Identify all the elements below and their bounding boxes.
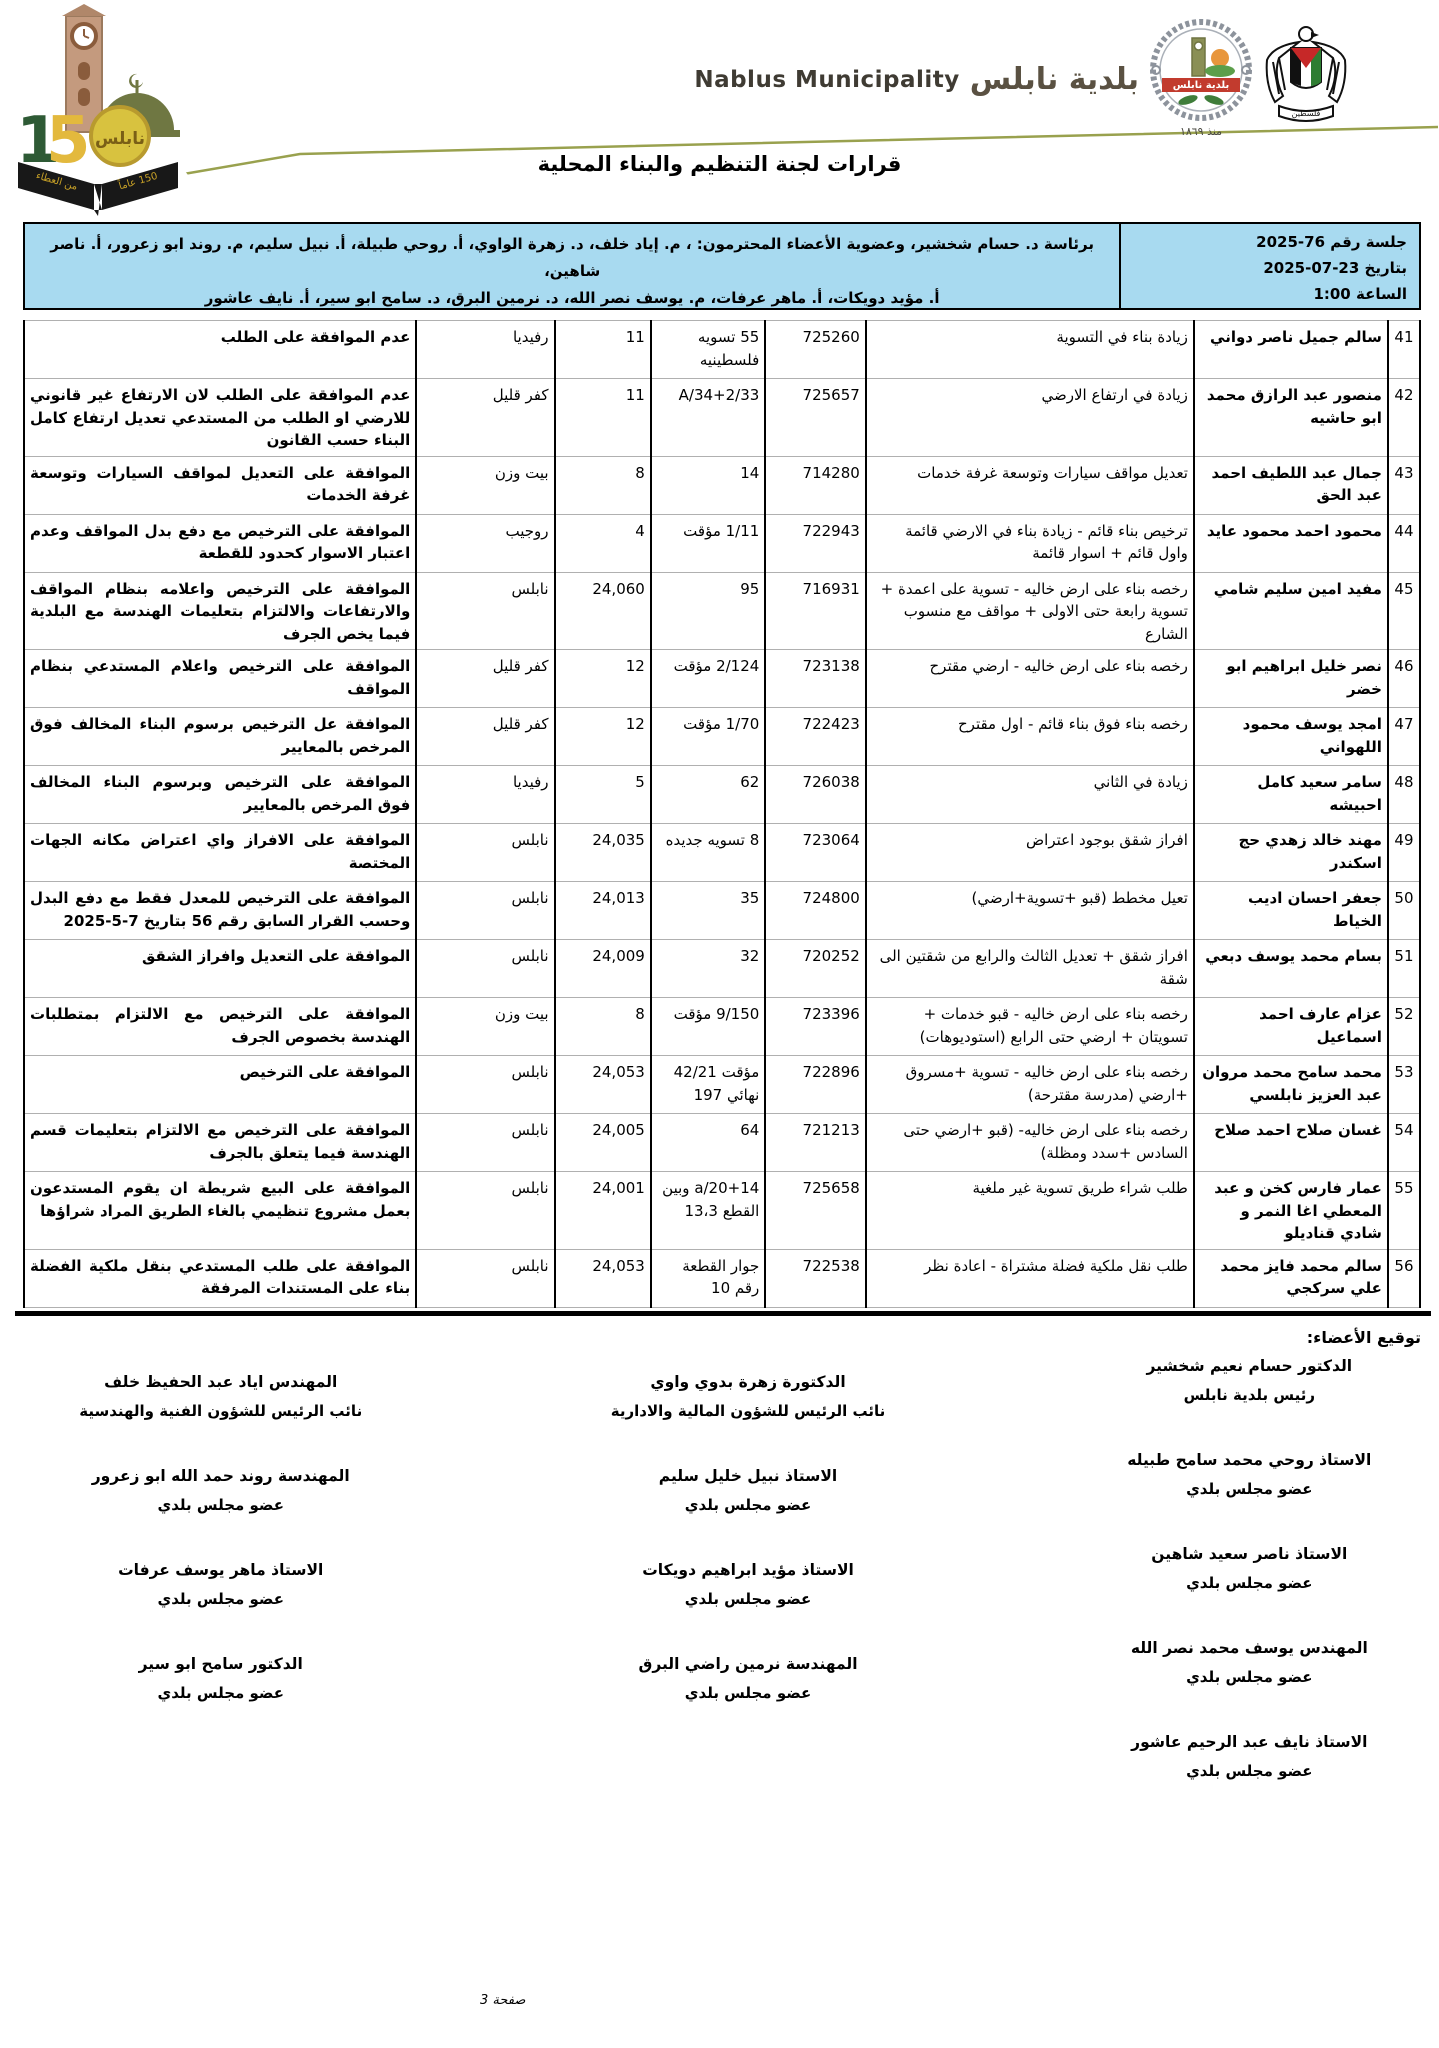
cell-applicant: سالم محمد فايز محمد علي سركجي [1194,1249,1388,1307]
cell-row-number: 49 [1388,824,1420,882]
cell-applicant: سامر سعيد كامل احبيشه [1194,766,1388,824]
cell-subject: طلب شراء طريق تسوية غير ملغية [866,1172,1194,1250]
cell-applicant: بسام محمد يوسف دبعي [1194,940,1388,998]
cell-decision: الموافقة على التعديل وافراز الشقق [24,940,416,998]
cell-block: 24,060 [555,572,651,650]
signature-cell: المهندسة نرمين راضي البرق عضو مجلس بلدي [442,1641,1001,1702]
table-row: 45 مفيد امين سليم شامي رخصه بناء على ارض… [24,572,1420,650]
cell-file-number: 723064 [765,824,866,882]
cell-subject: زيادة في الثاني [866,766,1194,824]
cell-plot: 64 [651,1114,765,1172]
page-number: صفحة 3 [480,1993,525,2008]
signature-cell: الاستاذ ماهر يوسف عرفات عضو مجلس بلدي [23,1547,442,1608]
cell-decision: الموافقة على الترخيص مع الالتزام بتعليما… [24,1114,416,1172]
cell-block: 12 [555,650,651,708]
signatory-title: عضو مجلس بلدي [1078,1668,1421,1686]
cell-subject: زيادة بناء في التسوية [866,321,1194,379]
signatory-name: الاستاذ روحي محمد سامح طبيله [1078,1451,1421,1469]
signatory-name: المهندس يوسف محمد نصر الله [1078,1639,1421,1657]
cell-area: رفيديا [416,321,554,379]
cell-decision: الموافقة على الترخيص للمعدل فقط مع دفع ا… [24,882,416,940]
cell-decision: الموافقة على الترخيص مع الالتزام بمتطلبا… [24,998,416,1056]
cell-area: نابلس [416,882,554,940]
cell-plot: 1/70 مؤقت [651,708,765,766]
cell-block: 24,053 [555,1249,651,1307]
signatory-name: المهندس اياد عبد الحفيظ خلف [23,1373,418,1391]
cell-subject: تعيل مخطط (قبو +تسوية+ارضي) [866,882,1194,940]
cell-row-number: 47 [1388,708,1420,766]
signatory-title: عضو مجلس بلدي [1078,1574,1421,1592]
cell-row-number: 55 [1388,1172,1420,1250]
table-row: 44 محمود احمد محمود عايد ترخيص بناء قائم… [24,514,1420,572]
cell-block: 8 [555,456,651,514]
cell-decision: الموافقة على طلب المستدعي بنقل ملكية الف… [24,1249,416,1307]
cell-file-number: 722943 [765,514,866,572]
signatory-name: الاستاذ ماهر يوسف عرفات [23,1561,418,1579]
cell-decision: الموافقة على الافراز واي اعتراض مكانه ال… [24,824,416,882]
signatory-title: عضو مجلس بلدي [23,1590,418,1608]
cell-plot: 9/150 مؤقت [651,998,765,1056]
cell-block: 8 [555,998,651,1056]
cell-area: نابلس [416,1172,554,1250]
table-row: 51 بسام محمد يوسف دبعي افراز شقق + تعديل… [24,940,1420,998]
cell-area: كفر قليل [416,379,554,457]
cell-file-number: 723396 [765,998,866,1056]
cell-plot: 8 تسويه جديده [651,824,765,882]
cell-row-number: 51 [1388,940,1420,998]
cell-file-number: 725260 [765,321,866,379]
cell-row-number: 44 [1388,514,1420,572]
cell-plot: مؤقت 42/21 نهائي 197 [651,1056,765,1114]
palestinian-flag-shield-icon [1291,48,1321,88]
nablus-150-years-logo-icon: 1 5 نابلس 150 عاماً من العطاء [8,4,188,219]
municipality-brand: بلدية نابلس Nablus Municipality [694,62,1139,97]
crest-caption: منذ ١٨٦٩ [1180,125,1222,138]
cell-block: 24,035 [555,824,651,882]
signature-cell: الدكتور سامح ابو سير عضو مجلس بلدي [23,1641,442,1702]
document-page: 1 5 نابلس 150 عاماً من العطاء بلدية نابل… [0,0,1439,2048]
table-row: 47 امجد يوسف محمود اللهواني رخصه بناء فو… [24,708,1420,766]
signatory-name: الاستاذ نايف عبد الرحيم عاشور [1078,1733,1421,1751]
cell-file-number: 722423 [765,708,866,766]
cell-decision: الموافقة على التعديل لمواقف السيارات وتو… [24,456,416,514]
cell-file-number: 722896 [765,1056,866,1114]
attendees-line-1: برئاسة د. حسام شخشير، وعضوية الأعضاء الم… [39,231,1105,285]
cell-plot: 35 [651,882,765,940]
signatory-title: عضو مجلس بلدي [494,1496,1001,1514]
cell-plot: 95 [651,572,765,650]
cell-plot: 62 [651,766,765,824]
cell-applicant: جعفر احسان اديب الخياط [1194,882,1388,940]
cell-subject: رخصه بناء على ارض خاليه - تسوية +مسروق +… [866,1056,1194,1114]
signatory-name: الدكتور سامح ابو سير [23,1655,418,1673]
session-info-bar: جلسة رقم 76-2025 بتاريخ 23-07-2025 الساع… [23,222,1421,310]
cell-row-number: 46 [1388,650,1420,708]
signature-cell: الدكتورة زهرة بدوي واوي نائب الرئيس للشؤ… [442,1359,1001,1420]
cell-file-number: 725658 [765,1172,866,1250]
cell-row-number: 48 [1388,766,1420,824]
signatory-name: الاستاذ ناصر سعيد شاهين [1078,1545,1421,1563]
table-row: 54 غسان صلاح احمد صلاح رخصه بناء على ارض… [24,1114,1420,1172]
signature-cell: المهندس اياد عبد الحفيظ خلف نائب الرئيس … [23,1359,442,1420]
cell-area: كفر قليل [416,708,554,766]
cell-file-number: 724800 [765,882,866,940]
cell-row-number: 43 [1388,456,1420,514]
signature-cell: الاستاذ نبيل خليل سليم عضو مجلس بلدي [442,1453,1001,1514]
main-content: 41 سالم جميل ناصر دواني زيادة بناء في ال… [23,320,1421,1829]
signature-row: الاستاذ نايف عبد الرحيم عاشور عضو مجلس ب… [23,1735,1421,1829]
signatory-name: الدكتورة زهرة بدوي واوي [494,1373,1001,1391]
signatory-title: عضو مجلس بلدي [494,1684,1001,1702]
page-header: 1 5 نابلس 150 عاماً من العطاء بلدية نابل… [0,0,1439,230]
municipality-name-english: Nablus Municipality [694,67,959,93]
document-title: قرارات لجنة التنظيم والبناء المحلية [0,152,1439,176]
cell-subject: رخصه بناء على ارض خاليه - ارضي مقترح [866,650,1194,708]
session-meta: جلسة رقم 76-2025 بتاريخ 23-07-2025 الساع… [1119,224,1419,308]
cell-applicant: محمد سامح محمد مروان عبد العزيز نابلسي [1194,1056,1388,1114]
signatory-title: رئيس بلدية نابلس [1078,1386,1421,1404]
signatory-title: عضو مجلس بلدي [494,1590,1001,1608]
cell-file-number: 726038 [765,766,866,824]
cell-applicant: امجد يوسف محمود اللهواني [1194,708,1388,766]
cell-file-number: 723138 [765,650,866,708]
attendees-line-2: أ. مؤيد دويكات، أ. ماهر عرفات، م. يوسف ن… [39,285,1105,312]
palestine-eagle-emblem-icon: فلسطين [1259,24,1353,124]
crest-banner-text: بلدية نابلس [1173,80,1229,91]
cell-plot: a/20+14 وبين القطع 13،3 [651,1172,765,1250]
cell-subject: رخصه بناء على ارض خاليه - قبو خدمات + تس… [866,998,1194,1056]
signatory-title: عضو مجلس بلدي [23,1496,418,1514]
cell-row-number: 52 [1388,998,1420,1056]
table-row: 50 جعفر احسان اديب الخياط تعيل مخطط (قبو… [24,882,1420,940]
municipality-name-arabic: بلدية نابلس [970,62,1139,97]
logo-city-label: نابلس [95,129,145,149]
signatory-title: نائب الرئيس للشؤون الفنية والهندسية [23,1402,418,1420]
cell-subject: ترخيص بناء قائم - زيادة بناء في الارضي ق… [866,514,1194,572]
cell-subject: طلب نقل ملكية فضلة مشتراة - اعادة نظر [866,1249,1194,1307]
session-number: جلسة رقم 76-2025 [1133,229,1407,255]
cell-block: 12 [555,708,651,766]
signatory-name: الاستاذ نبيل خليل سليم [494,1467,1001,1485]
cell-applicant: غسان صلاح احمد صلاح [1194,1114,1388,1172]
table-row: 43 جمال عبد اللطيف احمد عبد الحق تعديل م… [24,456,1420,514]
cell-plot: جوار القطعة رقم 10 [651,1249,765,1307]
cell-applicant: مفيد امين سليم شامي [1194,572,1388,650]
signatory-title: نائب الرئيس للشؤون المالية والادارية [494,1402,1001,1420]
cell-row-number: 56 [1388,1249,1420,1307]
cell-block: 24,009 [555,940,651,998]
table-row: 48 سامر سعيد كامل احبيشه زيادة في الثاني… [24,766,1420,824]
cell-decision: عدم الموافقة على الطلب لان الارتفاع غير … [24,379,416,457]
table-row: 55 عمار فارس كخن و عبد المعطي اغا النمر … [24,1172,1420,1250]
cell-subject: تعديل مواقف سيارات وتوسعة غرفة خدمات [866,456,1194,514]
cell-area: روجيب [416,514,554,572]
table-row: 42 منصور عبد الرازق محمد ابو حاشيه زيادة… [24,379,1420,457]
cell-applicant: نصر خليل ابراهيم ابو خضر [1194,650,1388,708]
session-date: بتاريخ 23-07-2025 [1133,255,1407,281]
cell-area: نابلس [416,940,554,998]
cell-applicant: محمود احمد محمود عايد [1194,514,1388,572]
cell-subject: رخصه بناء على ارض خاليه - تسوية على اعمد… [866,572,1194,650]
cell-area: نابلس [416,1114,554,1172]
cell-block: 11 [555,321,651,379]
cell-decision: عدم الموافقة على الطلب [24,321,416,379]
cell-file-number: 725657 [765,379,866,457]
cell-plot: 55 تسويه فلسطينيه [651,321,765,379]
cell-plot: 14 [651,456,765,514]
cell-decision: الموافقة على الترخيص [24,1056,416,1114]
cell-subject: افراز شقق + تعديل الثالث والرابع من شقتي… [866,940,1194,998]
table-row: 52 عزام عارف احمد اسماعيل رخصه بناء على … [24,998,1420,1056]
cell-row-number: 42 [1388,379,1420,457]
table-row: 53 محمد سامح محمد مروان عبد العزيز نابلس… [24,1056,1420,1114]
cell-area: نابلس [416,1249,554,1307]
cell-subject: زيادة في ارتفاع الارضي [866,379,1194,457]
signature-cell: الاستاذ مؤيد ابراهيم دويكات عضو مجلس بلد… [442,1547,1001,1608]
decisions-table: 41 سالم جميل ناصر دواني زيادة بناء في ال… [23,320,1421,1308]
cell-decision: الموافقة على الترخيص واعلامه بنظام الموا… [24,572,416,650]
cell-row-number: 41 [1388,321,1420,379]
cell-block: 11 [555,379,651,457]
signature-cell: المهندس يوسف محمد نصر الله عضو مجلس بلدي [1002,1625,1421,1686]
signature-cell: المهندسة روند حمد الله ابو زعرور عضو مجل… [23,1453,442,1514]
cell-file-number: 721213 [765,1114,866,1172]
cell-block: 24,001 [555,1172,651,1250]
cell-file-number: 716931 [765,572,866,650]
signature-grid: الدكتور حسام نعيم شخشير رئيس بلدية نابلس… [23,1359,1421,1829]
signature-cell: الاستاذ نايف عبد الرحيم عاشور عضو مجلس ب… [1002,1719,1421,1780]
cell-area: بيت وزن [416,998,554,1056]
signatory-title: عضو مجلس بلدي [1078,1480,1421,1498]
cell-subject: رخصه بناء فوق بناء قائم - اول مقترح [866,708,1194,766]
decisions-table-body: 41 سالم جميل ناصر دواني زيادة بناء في ال… [24,321,1420,1308]
signatory-name: المهندسة نرمين راضي البرق [494,1655,1001,1673]
cell-plot: 32 [651,940,765,998]
cell-applicant: منصور عبد الرازق محمد ابو حاشيه [1194,379,1388,457]
table-row: 46 نصر خليل ابراهيم ابو خضر رخصه بناء عل… [24,650,1420,708]
cell-decision: الموافقة على البيع شريطة ان يقوم المستدع… [24,1172,416,1250]
cell-area: نابلس [416,824,554,882]
cell-subject: افراز شقق بوجود اعتراض [866,824,1194,882]
signature-cell: الدكتور حسام نعيم شخشير رئيس بلدية نابلس [1002,1343,1421,1404]
cell-area: نابلس [416,572,554,650]
cell-decision: الموافقة عل الترخيص برسوم البناء المخالف… [24,708,416,766]
cell-applicant: مهند خالد زهدي حج اسكندر [1194,824,1388,882]
table-row: 41 سالم جميل ناصر دواني زيادة بناء في ال… [24,321,1420,379]
cell-file-number: 720252 [765,940,866,998]
cell-decision: الموافقة على الترخيص واعلام المستدعي بنظ… [24,650,416,708]
cell-applicant: عزام عارف احمد اسماعيل [1194,998,1388,1056]
signature-cell: الاستاذ روحي محمد سامح طبيله عضو مجلس بل… [1002,1437,1421,1498]
signatory-title: عضو مجلس بلدي [23,1684,418,1702]
cell-block: 24,013 [555,882,651,940]
cell-subject: رخصه بناء على ارض خاليه- (قبو +ارضي حتى … [866,1114,1194,1172]
cell-row-number: 54 [1388,1114,1420,1172]
cell-area: بيت وزن [416,456,554,514]
cell-area: كفر قليل [416,650,554,708]
cell-row-number: 53 [1388,1056,1420,1114]
table-end-double-rule [15,1311,1431,1316]
cell-applicant: عمار فارس كخن و عبد المعطي اغا النمر و ش… [1194,1172,1388,1250]
session-time: الساعة 1:00 [1133,281,1407,307]
cell-plot: 1/11 مؤقت [651,514,765,572]
session-attendees: برئاسة د. حسام شخشير، وعضوية الأعضاء الم… [25,224,1119,308]
cell-row-number: 50 [1388,882,1420,940]
table-row: 49 مهند خالد زهدي حج اسكندر افراز شقق بو… [24,824,1420,882]
cell-file-number: 722538 [765,1249,866,1307]
cell-applicant: سالم جميل ناصر دواني [1194,321,1388,379]
eagle-caption: فلسطين [1292,109,1321,118]
signatory-title: عضو مجلس بلدي [1078,1762,1421,1780]
cell-area: رفيديا [416,766,554,824]
signatory-name: المهندسة روند حمد الله ابو زعرور [23,1467,418,1485]
cell-applicant: جمال عبد اللطيف احمد عبد الحق [1194,456,1388,514]
cell-decision: الموافقة على الترخيص مع دفع بدل المواقف … [24,514,416,572]
table-row: 56 سالم محمد فايز محمد علي سركجي طلب نقل… [24,1249,1420,1307]
signatory-name: الاستاذ مؤيد ابراهيم دويكات [494,1561,1001,1579]
cell-row-number: 45 [1388,572,1420,650]
cell-area: نابلس [416,1056,554,1114]
cell-block: 24,053 [555,1056,651,1114]
signature-cell: الاستاذ ناصر سعيد شاهين عضو مجلس بلدي [1002,1531,1421,1592]
nablus-municipality-crest-icon: بلدية نابلس منذ ١٨٦٩ [1148,18,1254,140]
cell-block: 24,005 [555,1114,651,1172]
cell-plot: A/34+2/33 [651,379,765,457]
cell-decision: الموافقة على الترخيص وبرسوم البناء المخا… [24,766,416,824]
cell-file-number: 714280 [765,456,866,514]
signatory-name: الدكتور حسام نعيم شخشير [1078,1357,1421,1375]
cell-block: 4 [555,514,651,572]
cell-block: 5 [555,766,651,824]
cell-plot: 2/124 مؤقت [651,650,765,708]
